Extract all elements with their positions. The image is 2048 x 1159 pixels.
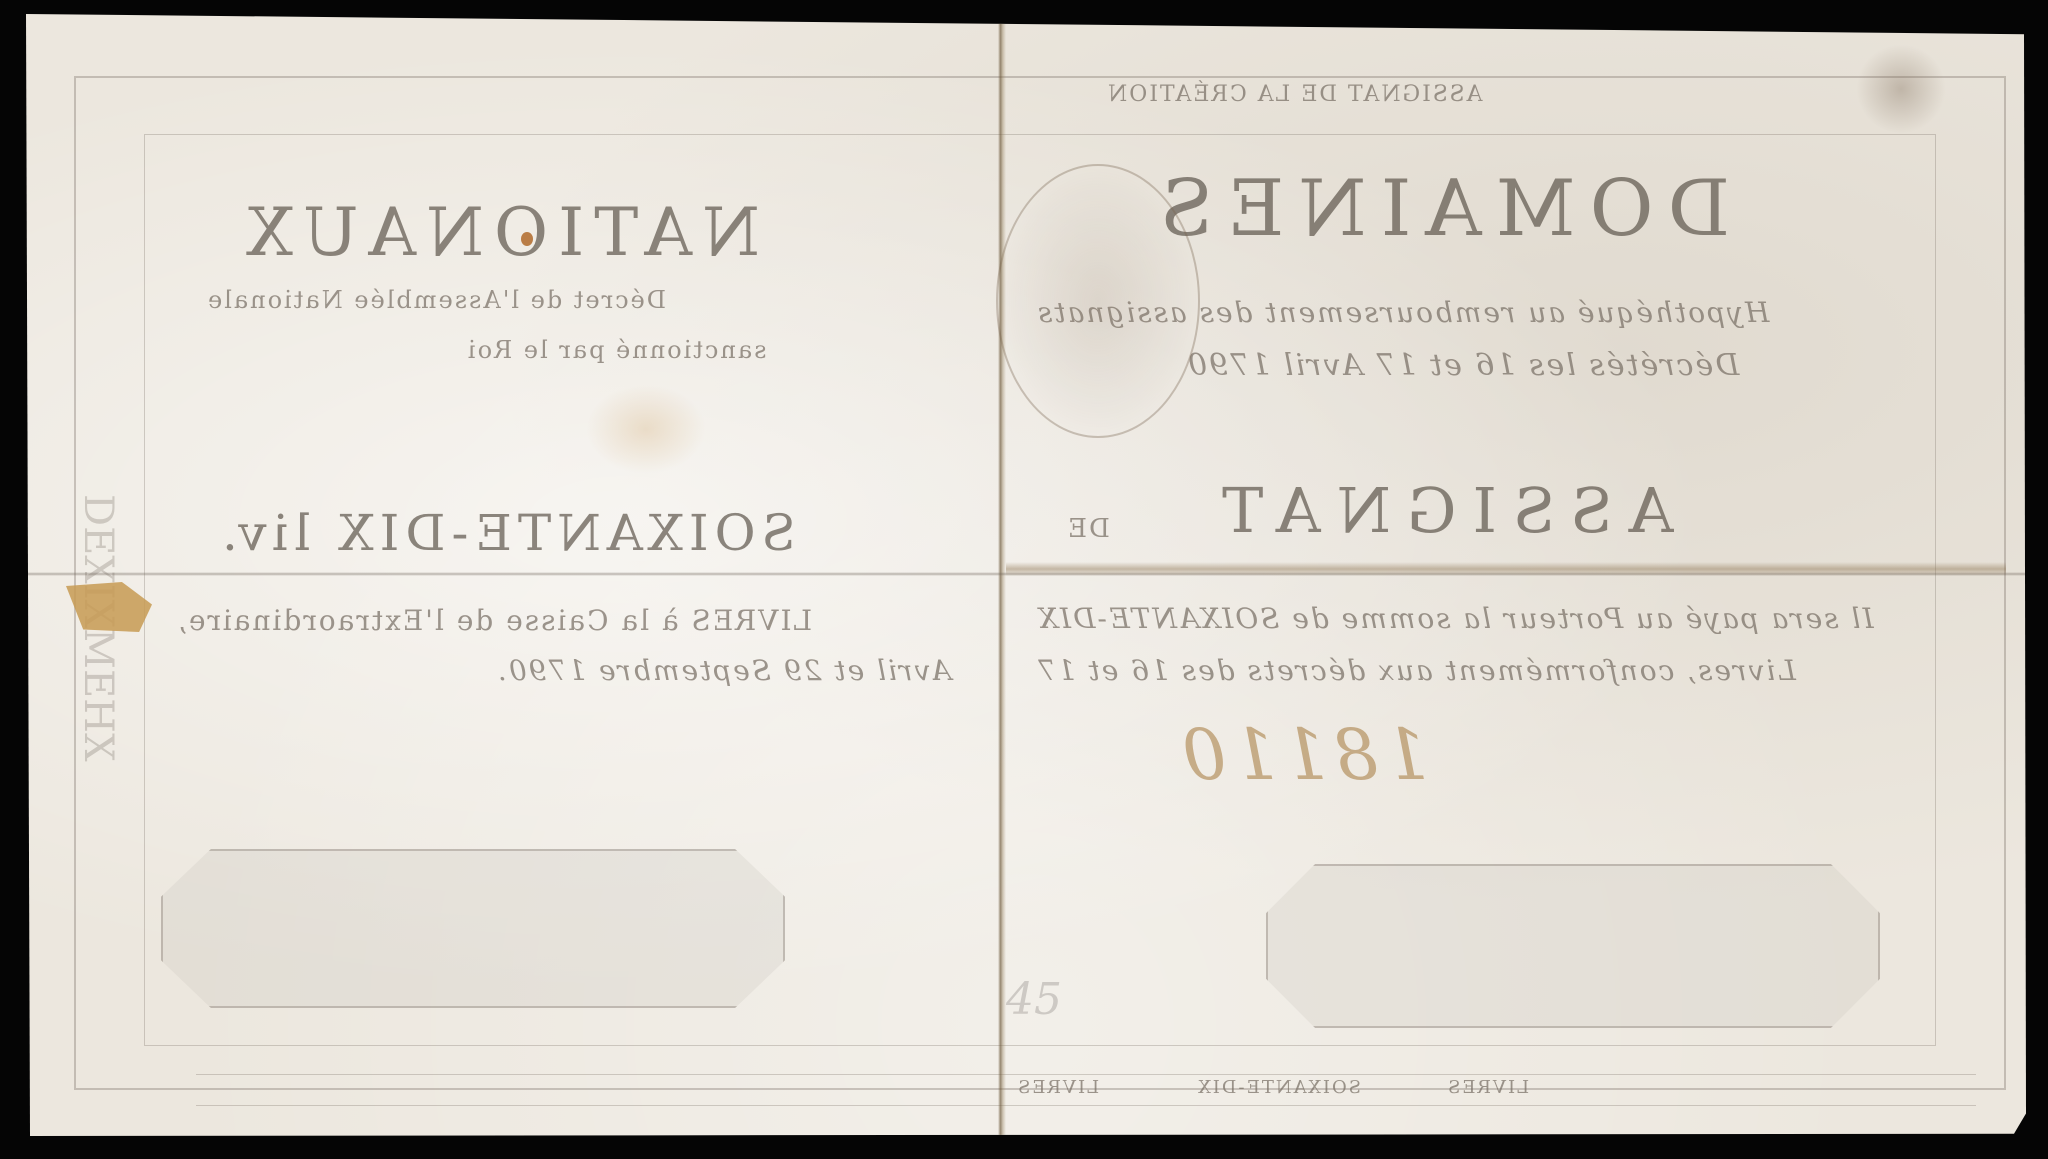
side-border-text: DEXIXMEHX	[81, 494, 121, 934]
body-line2-right: Livres, conformément aux décrets des 16 …	[1036, 654, 1796, 687]
bottom-border-left: LIVRES	[1016, 1077, 1099, 1098]
round-seal	[996, 164, 1200, 438]
rust-spot	[521, 232, 533, 246]
subtitle-left: Décret de l'Assemblée Nationale	[206, 286, 666, 314]
top-border-text: ASSIGNAT DE LA CRÉATION	[1106, 82, 1482, 107]
banknote-paper: ASSIGNAT DE LA CRÉATION DOMAINES Hypothé…	[26, 14, 2026, 1136]
cartouche-right	[1266, 864, 1880, 1028]
horizontal-fold-stain	[1006, 562, 2006, 576]
body-line2-left: Avril et 29 Septembre 1790.	[496, 654, 951, 687]
body-line1-left: LIVRES à la Caisse de l'Extraordinaire,	[176, 604, 812, 637]
label-de: DE	[1066, 514, 1110, 544]
heading-domaines: DOMAINES	[1146, 164, 1730, 254]
decree-date: Décrétés les 16 et 17 Avril 1790	[1186, 348, 1739, 383]
bottom-border-strip: LIVRES SOIXANTE-DIX LIVRES	[196, 1074, 1976, 1106]
heading-nationaux: NATIONAUX	[236, 194, 760, 271]
corner-smudge	[1856, 44, 1946, 134]
amount-big: SOIXANTE-DIX liv.	[216, 504, 796, 562]
bottom-border-right: LIVRES	[1446, 1077, 1529, 1098]
label-assignat: ASSIGNAT	[1206, 474, 1674, 547]
cartouche-left	[161, 849, 785, 1008]
water-stain	[586, 384, 706, 474]
pencil-note: 45	[1006, 974, 1062, 1025]
subtitle-left-2: sanctionné par le Roi	[466, 336, 767, 364]
body-line1-right: Il sera payé au Porteur la somme de SOIX…	[1036, 602, 1874, 635]
bottom-border-middle: SOIXANTE-DIX	[1196, 1077, 1361, 1098]
serial-number: 18110	[1176, 714, 1429, 796]
